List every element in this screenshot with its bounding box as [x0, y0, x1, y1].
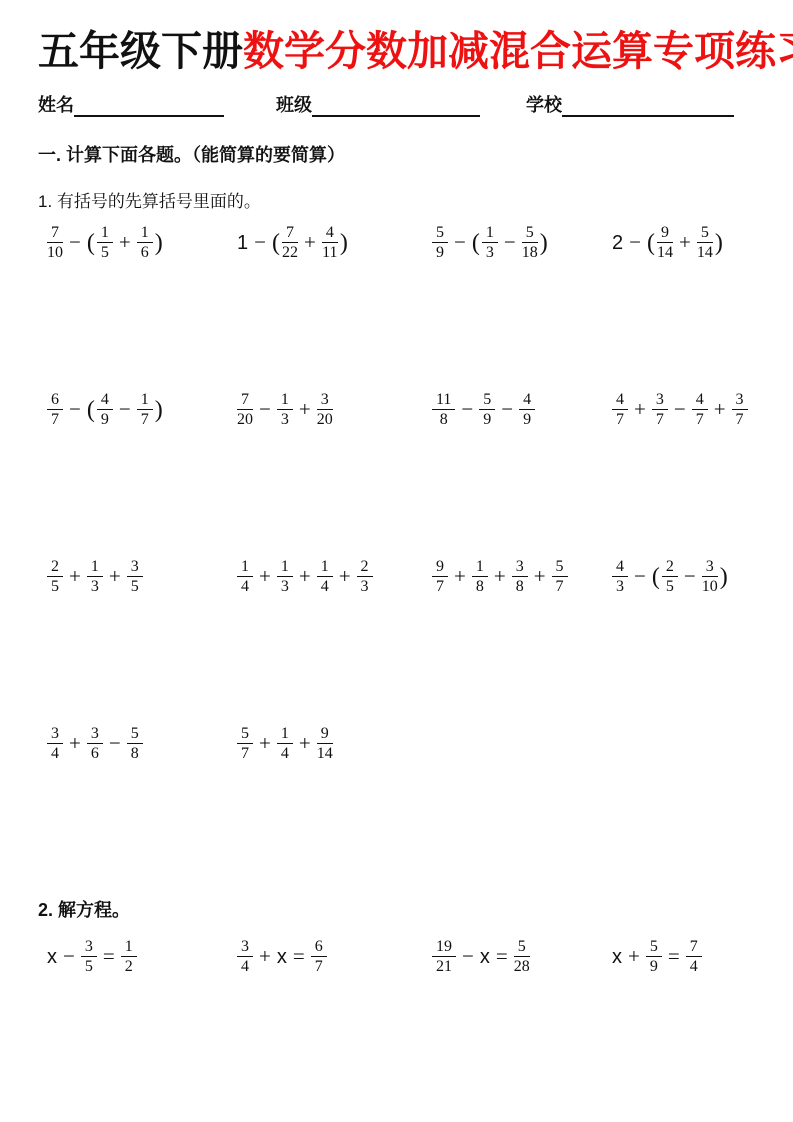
fraction: 57 — [237, 725, 253, 763]
operator: + — [299, 566, 311, 587]
math-expression: 57+14+914 — [228, 725, 423, 763]
page-title: 五年级下册数学分数加减混合运算专项练习 — [38, 28, 755, 75]
problem-row: 67−(49−17)720−13+320118−59−4947+37−47+37 — [38, 391, 755, 558]
operator: − — [69, 399, 81, 420]
fraction: 14 — [277, 725, 293, 763]
operator: + — [679, 232, 691, 253]
operator: − — [119, 399, 131, 420]
operator: + — [628, 946, 640, 967]
section1-instruction: 1. 有括号的先算括号里面的。 — [38, 187, 755, 212]
fraction: 67 — [311, 938, 327, 976]
math-expression: 25+13+35 — [38, 558, 228, 596]
name-field: 姓名 — [38, 91, 276, 117]
fraction: 14 — [237, 558, 253, 596]
math-expression: 2−(914+514) — [603, 224, 755, 262]
problems-grid: 710−(15+16)1−(722+411)59−(13−518)2−(914+… — [38, 224, 755, 892]
student-info-row: 姓名 班级 学校 — [38, 91, 755, 117]
parenthesis: ) — [155, 398, 163, 422]
operator: − — [259, 399, 271, 420]
operator: + — [339, 566, 351, 587]
fraction: 15 — [97, 224, 113, 262]
fraction: 518 — [522, 224, 538, 262]
class-blank-line — [312, 96, 480, 117]
parenthesis: ( — [472, 231, 480, 255]
operator: − — [684, 566, 696, 587]
parenthesis: ( — [647, 231, 655, 255]
math-expression: 59−(13−518) — [423, 224, 603, 262]
problem-row: 25+13+3514+13+14+2397+18+38+5743−(25−310… — [38, 558, 755, 725]
fraction: 1921 — [432, 938, 456, 976]
fraction: 37 — [732, 391, 748, 429]
worksheet-page: 五年级下册数学分数加减混合运算专项练习 姓名 班级 学校 一. 计算下面各题。（… — [0, 0, 793, 1122]
equations-grid: x−35=1234+x=671921−x=528x+59=74 — [38, 938, 755, 976]
title-subject-part: 数学分数加减混合运算专项练习 — [243, 28, 793, 74]
fraction: 13 — [277, 558, 293, 596]
operator: + — [304, 232, 316, 253]
operator: + — [299, 399, 311, 420]
fraction: 38 — [512, 558, 528, 596]
fraction: 118 — [432, 391, 455, 429]
fraction: 43 — [612, 558, 628, 596]
fraction: 59 — [479, 391, 495, 429]
fraction: 35 — [127, 558, 143, 596]
fraction: 320 — [317, 391, 333, 429]
fraction: 914 — [317, 725, 333, 763]
parenthesis: ( — [272, 231, 280, 255]
operator: − — [674, 399, 686, 420]
math-expression: 43−(25−310) — [603, 558, 755, 596]
class-field: 班级 — [276, 91, 526, 117]
fraction: 13 — [277, 391, 293, 429]
fraction: 14 — [317, 558, 333, 596]
school-field: 学校 — [526, 91, 734, 117]
operator: − — [63, 946, 75, 967]
operator: + — [714, 399, 726, 420]
parenthesis: ) — [340, 231, 348, 255]
math-term: 1 — [237, 233, 248, 253]
fraction: 12 — [121, 938, 137, 976]
operator: + — [534, 566, 546, 587]
problem-row: 710−(15+16)1−(722+411)59−(13−518)2−(914+… — [38, 224, 755, 391]
fraction: 47 — [612, 391, 628, 429]
fraction: 35 — [81, 938, 97, 976]
class-label: 班级 — [276, 91, 312, 117]
operator: = — [103, 946, 115, 967]
section1-heading: 一. 计算下面各题。（能简算的要简算） — [38, 141, 755, 167]
parenthesis: ) — [540, 231, 548, 255]
operator: − — [504, 232, 516, 253]
operator: + — [69, 566, 81, 587]
fraction: 57 — [552, 558, 568, 596]
operator: + — [259, 566, 271, 587]
math-expression: 720−13+320 — [228, 391, 423, 429]
school-label: 学校 — [526, 91, 562, 117]
fraction: 49 — [97, 391, 113, 429]
fraction: 710 — [47, 224, 63, 262]
school-blank-line — [562, 96, 734, 117]
parenthesis: ( — [652, 565, 660, 589]
math-expression: x+59=74 — [603, 938, 755, 976]
math-term: x — [480, 947, 490, 967]
operator: + — [119, 232, 131, 253]
operator: + — [69, 733, 81, 754]
fraction: 37 — [652, 391, 668, 429]
parenthesis: ) — [155, 231, 163, 255]
math-expression: x−35=12 — [38, 938, 228, 976]
problem-row: 34+36−5857+14+914 — [38, 725, 755, 892]
operator: − — [462, 946, 474, 967]
fraction: 49 — [519, 391, 535, 429]
fraction: 16 — [137, 224, 153, 262]
fraction: 58 — [127, 725, 143, 763]
fraction: 36 — [87, 725, 103, 763]
operator: + — [109, 566, 121, 587]
math-term: x — [277, 947, 287, 967]
operator: + — [494, 566, 506, 587]
operator: − — [109, 733, 121, 754]
fraction: 25 — [47, 558, 63, 596]
operator: − — [629, 232, 641, 253]
fraction: 47 — [692, 391, 708, 429]
operator: = — [496, 946, 508, 967]
operator: = — [668, 946, 680, 967]
math-term: x — [47, 947, 57, 967]
name-label: 姓名 — [38, 91, 74, 117]
fraction: 59 — [432, 224, 448, 262]
math-expression: 118−59−49 — [423, 391, 603, 429]
operator: + — [454, 566, 466, 587]
fraction: 722 — [282, 224, 298, 262]
fraction: 13 — [482, 224, 498, 262]
operator: − — [454, 232, 466, 253]
operator: − — [461, 399, 473, 420]
fraction: 34 — [47, 725, 63, 763]
fraction: 23 — [357, 558, 373, 596]
operator: − — [69, 232, 81, 253]
parenthesis: ( — [87, 231, 95, 255]
fraction: 18 — [472, 558, 488, 596]
operator: + — [259, 733, 271, 754]
math-expression: 710−(15+16) — [38, 224, 228, 262]
fraction: 74 — [686, 938, 702, 976]
fraction: 17 — [137, 391, 153, 429]
parenthesis: ) — [715, 231, 723, 255]
fraction: 13 — [87, 558, 103, 596]
math-expression: 1921−x=528 — [423, 938, 603, 976]
math-term: 2 — [612, 233, 623, 253]
operator: − — [501, 399, 513, 420]
math-expression: 67−(49−17) — [38, 391, 228, 429]
fraction: 310 — [702, 558, 718, 596]
operator: + — [634, 399, 646, 420]
math-term: x — [612, 947, 622, 967]
parenthesis: ( — [87, 398, 95, 422]
operator: − — [254, 232, 266, 253]
parenthesis: ) — [720, 565, 728, 589]
math-expression: 34+36−58 — [38, 725, 228, 763]
fraction: 914 — [657, 224, 673, 262]
fraction: 528 — [514, 938, 530, 976]
operator: − — [634, 566, 646, 587]
fraction: 720 — [237, 391, 253, 429]
fraction: 59 — [646, 938, 662, 976]
fraction: 34 — [237, 938, 253, 976]
fraction: 25 — [662, 558, 678, 596]
operator: + — [259, 946, 271, 967]
math-expression: 1−(722+411) — [228, 224, 423, 262]
fraction: 67 — [47, 391, 63, 429]
section2-heading: 2. 解方程。 — [38, 896, 755, 922]
fraction: 514 — [697, 224, 713, 262]
fraction: 97 — [432, 558, 448, 596]
math-expression: 14+13+14+23 — [228, 558, 423, 596]
title-grade-part: 五年级下册 — [38, 28, 243, 74]
math-expression: 34+x=67 — [228, 938, 423, 976]
math-expression: 97+18+38+57 — [423, 558, 603, 596]
fraction: 411 — [322, 224, 338, 262]
operator: = — [293, 946, 305, 967]
math-expression: 47+37−47+37 — [603, 391, 755, 429]
operator: + — [299, 733, 311, 754]
name-blank-line — [74, 96, 224, 117]
